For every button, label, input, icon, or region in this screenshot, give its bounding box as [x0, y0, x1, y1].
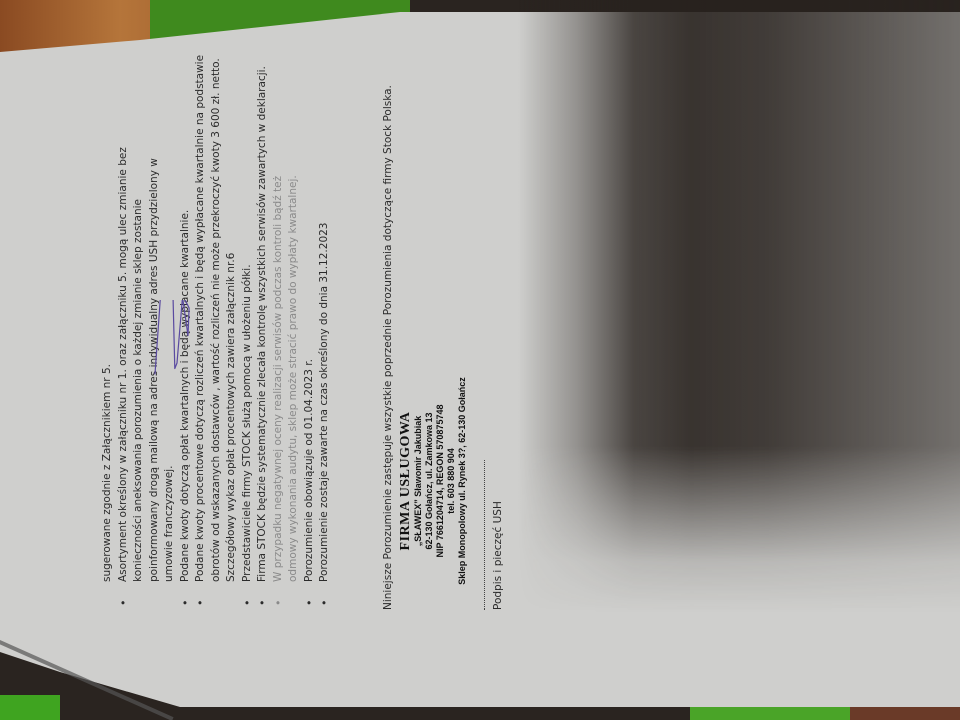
clause-line: Szczegółowy wykaz opłat procentowych zaw…: [224, 90, 240, 582]
clause-line: poinformowany drogą mailową na adres ind…: [147, 90, 163, 582]
clause-item: Firma STOCK będzie systematycznie zlecał…: [255, 90, 271, 610]
clause-item: Podane kwoty procentowe dotyczą rozlicze…: [193, 90, 240, 610]
stamp-address: 62-130 Gołańcz, ul. Zamkowa 13: [424, 366, 435, 596]
green-surface-bottom-left: [0, 695, 60, 720]
clause-line: Porozumienie zostaje zawarte na czas okr…: [317, 90, 333, 582]
clause-item: Porozumienie zostaje zawarte na czas okr…: [317, 90, 333, 610]
intro-text: sugerowane zgodnie z Załącznikiem nr 5.: [100, 90, 116, 582]
document-body: sugerowane zgodnie z Załącznikiem nr 5. …: [100, 90, 507, 610]
stamp-phone: tel. 603 880 904: [446, 366, 457, 596]
clause-line: W przypadku negatywnej oceny realizacji …: [271, 90, 287, 582]
clause-item: Porozumienie obowiązuje od 01.04.2023 r.: [302, 90, 318, 610]
intro-line: sugerowane zgodnie z Załącznikiem nr 5.: [100, 90, 116, 610]
clause-line: konieczności aneksowania porozumienia o …: [131, 90, 147, 582]
clause-line: odmowy wykonania audytu, sklep może stra…: [286, 90, 302, 582]
company-stamp: FIRMA USŁUGOWA „SŁAWEX” Sławomir Jakubia…: [398, 366, 468, 596]
clause-line: Podane kwoty procentowe dotyczą rozlicze…: [193, 90, 209, 582]
clause-line: Firma STOCK będzie systematycznie zlecał…: [255, 90, 271, 582]
stamp-shop: Sklep Monopolowy ul. Rynek 3?, 62-130 Go…: [457, 366, 468, 596]
clause-item: Asortyment określony w załączniku nr 1. …: [116, 90, 178, 610]
stamp-owner: „SŁAWEX” Sławomir Jakubiak: [413, 366, 424, 596]
stamp-ids: NIP 7661204714, REGON 570875748: [435, 366, 446, 596]
clause-item: Przedstawiciele firmy STOCK służą pomocą…: [240, 90, 256, 610]
clause-list: Asortyment określony w załączniku nr 1. …: [116, 90, 333, 610]
clause-item: W przypadku negatywnej oceny realizacji …: [271, 90, 302, 610]
clause-line: obrotów od wskazanych dostawców , wartoś…: [209, 90, 225, 582]
clause-line: Porozumienie obowiązuje od 01.04.2023 r.: [302, 90, 318, 582]
closing-statement: Niniejsze Porozumienie zastępuje wszystk…: [381, 90, 397, 610]
signature-label: Podpis i pieczęć USH: [491, 90, 507, 610]
clause-item: Podane kwoty dotyczą opłat kwartalnych i…: [178, 90, 194, 610]
signature-line: [484, 460, 485, 610]
stamp-title: FIRMA USŁUGOWA: [398, 366, 413, 596]
clause-line: Przedstawiciele firmy STOCK służą pomocą…: [240, 90, 256, 582]
clause-line: Podane kwoty dotyczą opłat kwartalnych i…: [178, 90, 194, 582]
clause-line: umowie franczyzowej.: [162, 90, 178, 582]
clause-line: Asortyment określony w załączniku nr 1. …: [116, 90, 132, 582]
